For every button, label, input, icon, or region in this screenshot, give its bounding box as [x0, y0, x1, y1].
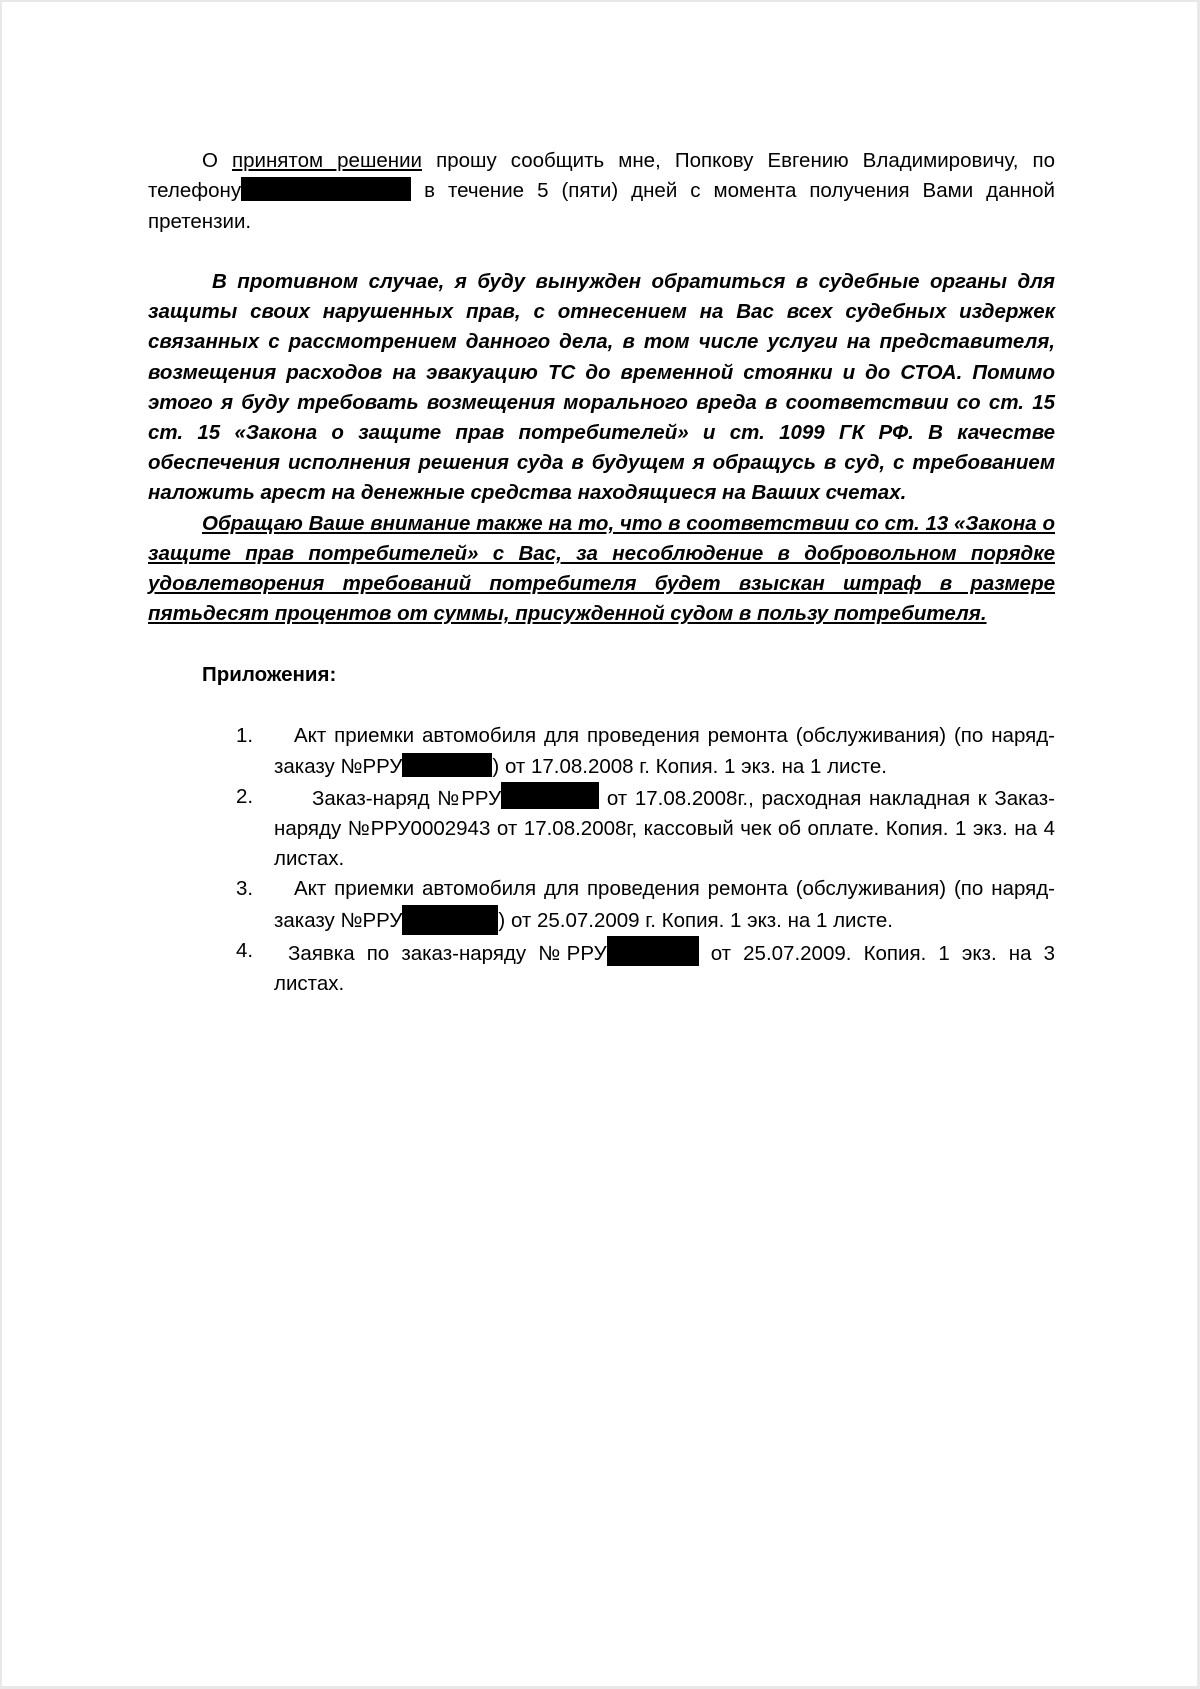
- attachment-item: 4. Заявка по заказ-наряду №РРУ от 25.07.…: [274, 936, 1055, 999]
- attachment-number: 1.: [236, 721, 253, 751]
- redacted-phone-number: [241, 177, 411, 201]
- attachment-number: 4.: [236, 936, 253, 966]
- attachment-text: Заказ-наряд №РРУ: [312, 787, 501, 810]
- paragraph-contact-request: О принятом решении прошу сообщить мне, П…: [148, 146, 1055, 237]
- attachment-text: Заявка по заказ-наряду №РРУ: [288, 942, 607, 965]
- attachment-item: 3. Акт приемки автомобиля для проведения…: [274, 874, 1055, 935]
- attachment-number: 3.: [236, 874, 253, 904]
- redacted-order-number: [402, 753, 492, 777]
- attachment-item: 2. Заказ-наряд №РРУ от 17.08.2008г., рас…: [274, 782, 1055, 875]
- attachment-number: 2.: [236, 782, 253, 812]
- attachment-text: ) от 17.08.2008 г. Копия. 1 экз. на 1 ли…: [492, 755, 887, 778]
- attachment-item: 1. Акт приемки автомобиля для проведения…: [274, 721, 1055, 781]
- document-page: О принятом решении прошу сообщить мне, П…: [2, 2, 1197, 1686]
- paragraph-text: О: [202, 149, 232, 172]
- attachment-text: ) от 25.07.2009 г. Копия. 1 экз. на 1 ли…: [498, 909, 893, 932]
- attachments-list: 1. Акт приемки автомобиля для проведения…: [148, 721, 1055, 999]
- redacted-order-number: [607, 936, 699, 966]
- underlined-phrase: принятом решении: [232, 149, 422, 172]
- redacted-order-number: [402, 905, 498, 935]
- paragraph-penalty-notice: Обращаю Ваше внимание также на то, что в…: [148, 509, 1055, 630]
- document-body: О принятом решении прошу сообщить мне, П…: [148, 146, 1055, 999]
- attachments-heading: Приложения:: [148, 660, 1055, 690]
- redacted-order-number: [501, 782, 599, 809]
- paragraph-court-warning: В противном случае, я буду вынужден обра…: [148, 267, 1055, 509]
